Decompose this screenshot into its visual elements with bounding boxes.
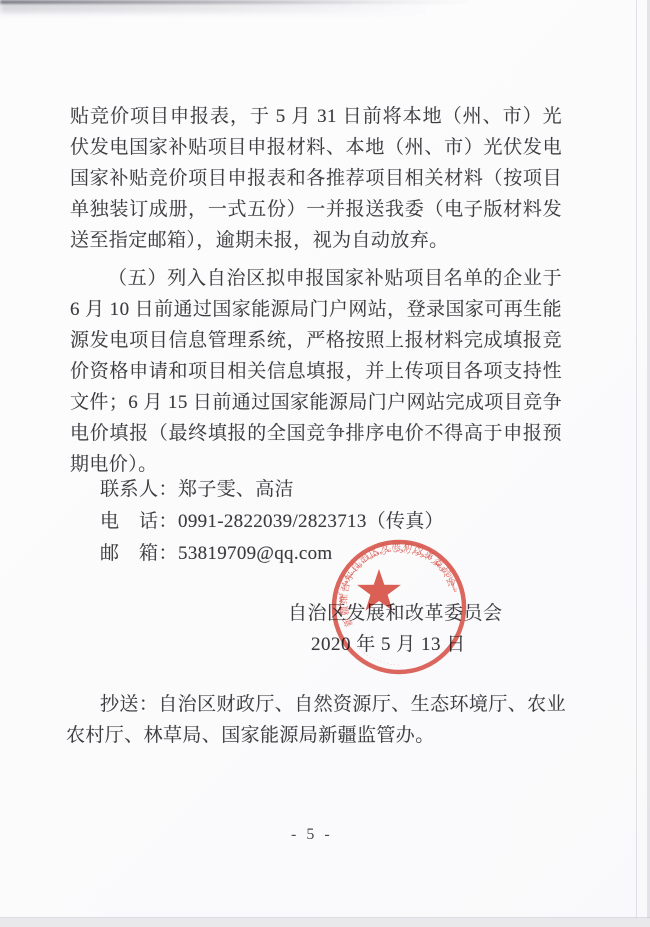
contact-line-phone: 电 话：0991-2822039/2823713（传真）: [100, 506, 444, 538]
body-paragraph-1: 贴竞价项目申报表，于 5 月 31 日前将本地（州、市）光伏发电国家补贴项目申报…: [70, 101, 562, 256]
contact-phone-label: 电 话：: [100, 511, 178, 532]
contact-person-label: 联系人：: [100, 479, 178, 500]
signature-organization: 自治区发展和改革委员会: [288, 598, 503, 625]
contact-line-email: 邮 箱：53819709@qq.com: [100, 538, 444, 570]
cc-distribution-line: 抄送：自治区财政厅、自然资源厅、生态环境厅、农业农村厅、林草局、国家能源局新疆监…: [66, 689, 566, 751]
contact-phone-value: 0991-2822039/2823713（传真）: [178, 511, 444, 532]
contact-block: 联系人：郑子雯、高洁 电 话：0991-2822039/2823713（传真） …: [100, 474, 444, 570]
contact-email-value: 53819709@qq.com: [178, 543, 332, 564]
scanned-document-page: 贴竞价项目申报表，于 5 月 31 日前将本地（州、市）光伏发电国家补贴项目申报…: [0, 0, 650, 927]
page-number: - 5 -: [291, 826, 333, 844]
scan-artifact-right-edge-line: [636, 0, 637, 927]
signature-date: 2020 年 5 月 13 日: [311, 629, 466, 656]
contact-email-label: 邮 箱：: [100, 543, 178, 564]
body-paragraph-2: （五）列入自治区拟申报国家补贴项目名单的企业于 6 月 10 日前通过国家能源局…: [70, 263, 562, 480]
contact-person-value: 郑子雯、高洁: [178, 479, 294, 500]
contact-line-person: 联系人：郑子雯、高洁: [100, 474, 444, 506]
scan-artifact-bottom-shadow-band: [0, 918, 650, 927]
scan-artifact-top-smudge-soft: [0, 1, 430, 13]
